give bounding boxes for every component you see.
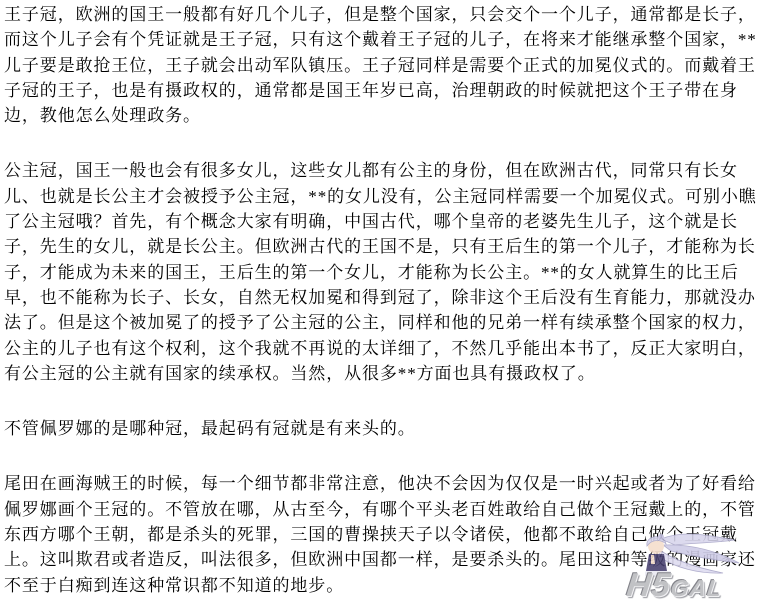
article-page: 王子冠，欧洲的国王一般都有好几个儿子，但是整个国家，只会交个一个儿子，通常都是长…	[0, 0, 760, 598]
paragraph-oda-detail: 尾田在画海贼王的时候，每一个细节都非常注意，他决不会因为仅仅是一时兴起或者为了好…	[4, 471, 757, 597]
paragraph-perona-crown: 不管佩罗娜的是哪种冠，最起码有冠就是有来头的。	[4, 416, 757, 441]
paragraph-princess-crown: 公主冠，国王一般也会有很多女儿，这些女儿都有公主的身份，但在欧洲古代，同常只有长…	[4, 158, 757, 386]
paragraph-prince-crown: 王子冠，欧洲的国王一般都有好几个儿子，但是整个国家，只会交个一个儿子，通常都是长…	[4, 2, 757, 128]
